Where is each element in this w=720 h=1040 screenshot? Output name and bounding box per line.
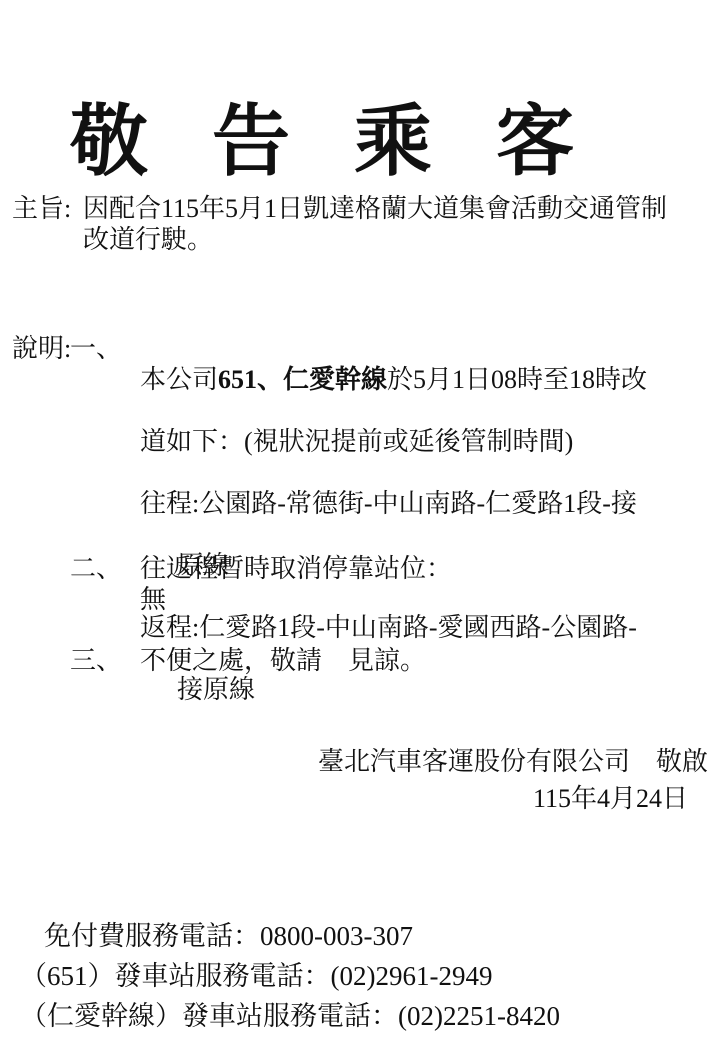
item3-body: 不便之處，敬請 見諒。: [140, 645, 720, 676]
return-route-line2: 接原線: [140, 674, 720, 705]
contact-section: 免付費服務電話：0800-003-307 （651）發車站服務電話：(02)29…: [0, 916, 720, 1036]
explanation-item-2: 二、 往返程暫時取消停靠站位： 無: [0, 553, 720, 615]
company-signature: 臺北汽車客運股份有限公司 敬啟: [0, 743, 708, 780]
subject-text: 因配合115年5月1日凱達格蘭大道集會活動交通管制 改道行駛。: [83, 193, 720, 255]
route-names-bold: 651、仁愛幹線: [218, 365, 387, 394]
renai-trunk-phone: （仁愛幹線）發車站服務電話：(02)2251-8420: [20, 996, 720, 1036]
notice-document: 敬告乘客 主旨: 因配合115年5月1日凱達格蘭大道集會活動交通管制 改道行駛。…: [0, 0, 720, 1040]
item1-line1: 本公司651、仁愛幹線於5月1日08時至18時改: [140, 364, 720, 395]
return-route-line1: 返程:仁愛路1段-中山南路-愛國西路-公園路-: [140, 612, 720, 643]
page-title: 敬告乘客: [0, 92, 720, 192]
item2-number: 二、: [70, 553, 122, 584]
notice-date: 115年4月24日: [0, 780, 708, 817]
signature-section: 臺北汽車客運股份有限公司 敬啟 115年4月24日: [0, 743, 720, 817]
outbound-route-line1: 往程:公園路-常德街-中山南路-仁愛路1段-接: [140, 488, 720, 519]
tollfree-phone: 免付費服務電話：0800-003-307: [20, 916, 720, 956]
route651-phone: （651）發車站服務電話：(02)2961-2949: [20, 956, 720, 996]
explanation-label: 說明:: [12, 333, 71, 364]
item1-line2: 道如下：(視狀況提前或延後管制時間): [140, 426, 720, 457]
item1-line1-prefix: 本公司: [140, 365, 218, 394]
item3-number: 三、: [70, 645, 122, 676]
item1-line1-suffix: 於5月1日08時至18時改: [387, 365, 647, 394]
item2-body: 往返程暫時取消停靠站位： 無: [140, 553, 720, 615]
explanation-item-3: 三、 不便之處，敬請 見諒。: [0, 645, 720, 676]
subject-section: 主旨: 因配合115年5月1日凱達格蘭大道集會活動交通管制 改道行駛。: [0, 193, 720, 255]
subject-label: 主旨:: [12, 193, 71, 224]
item1-number: 一、: [70, 333, 122, 364]
